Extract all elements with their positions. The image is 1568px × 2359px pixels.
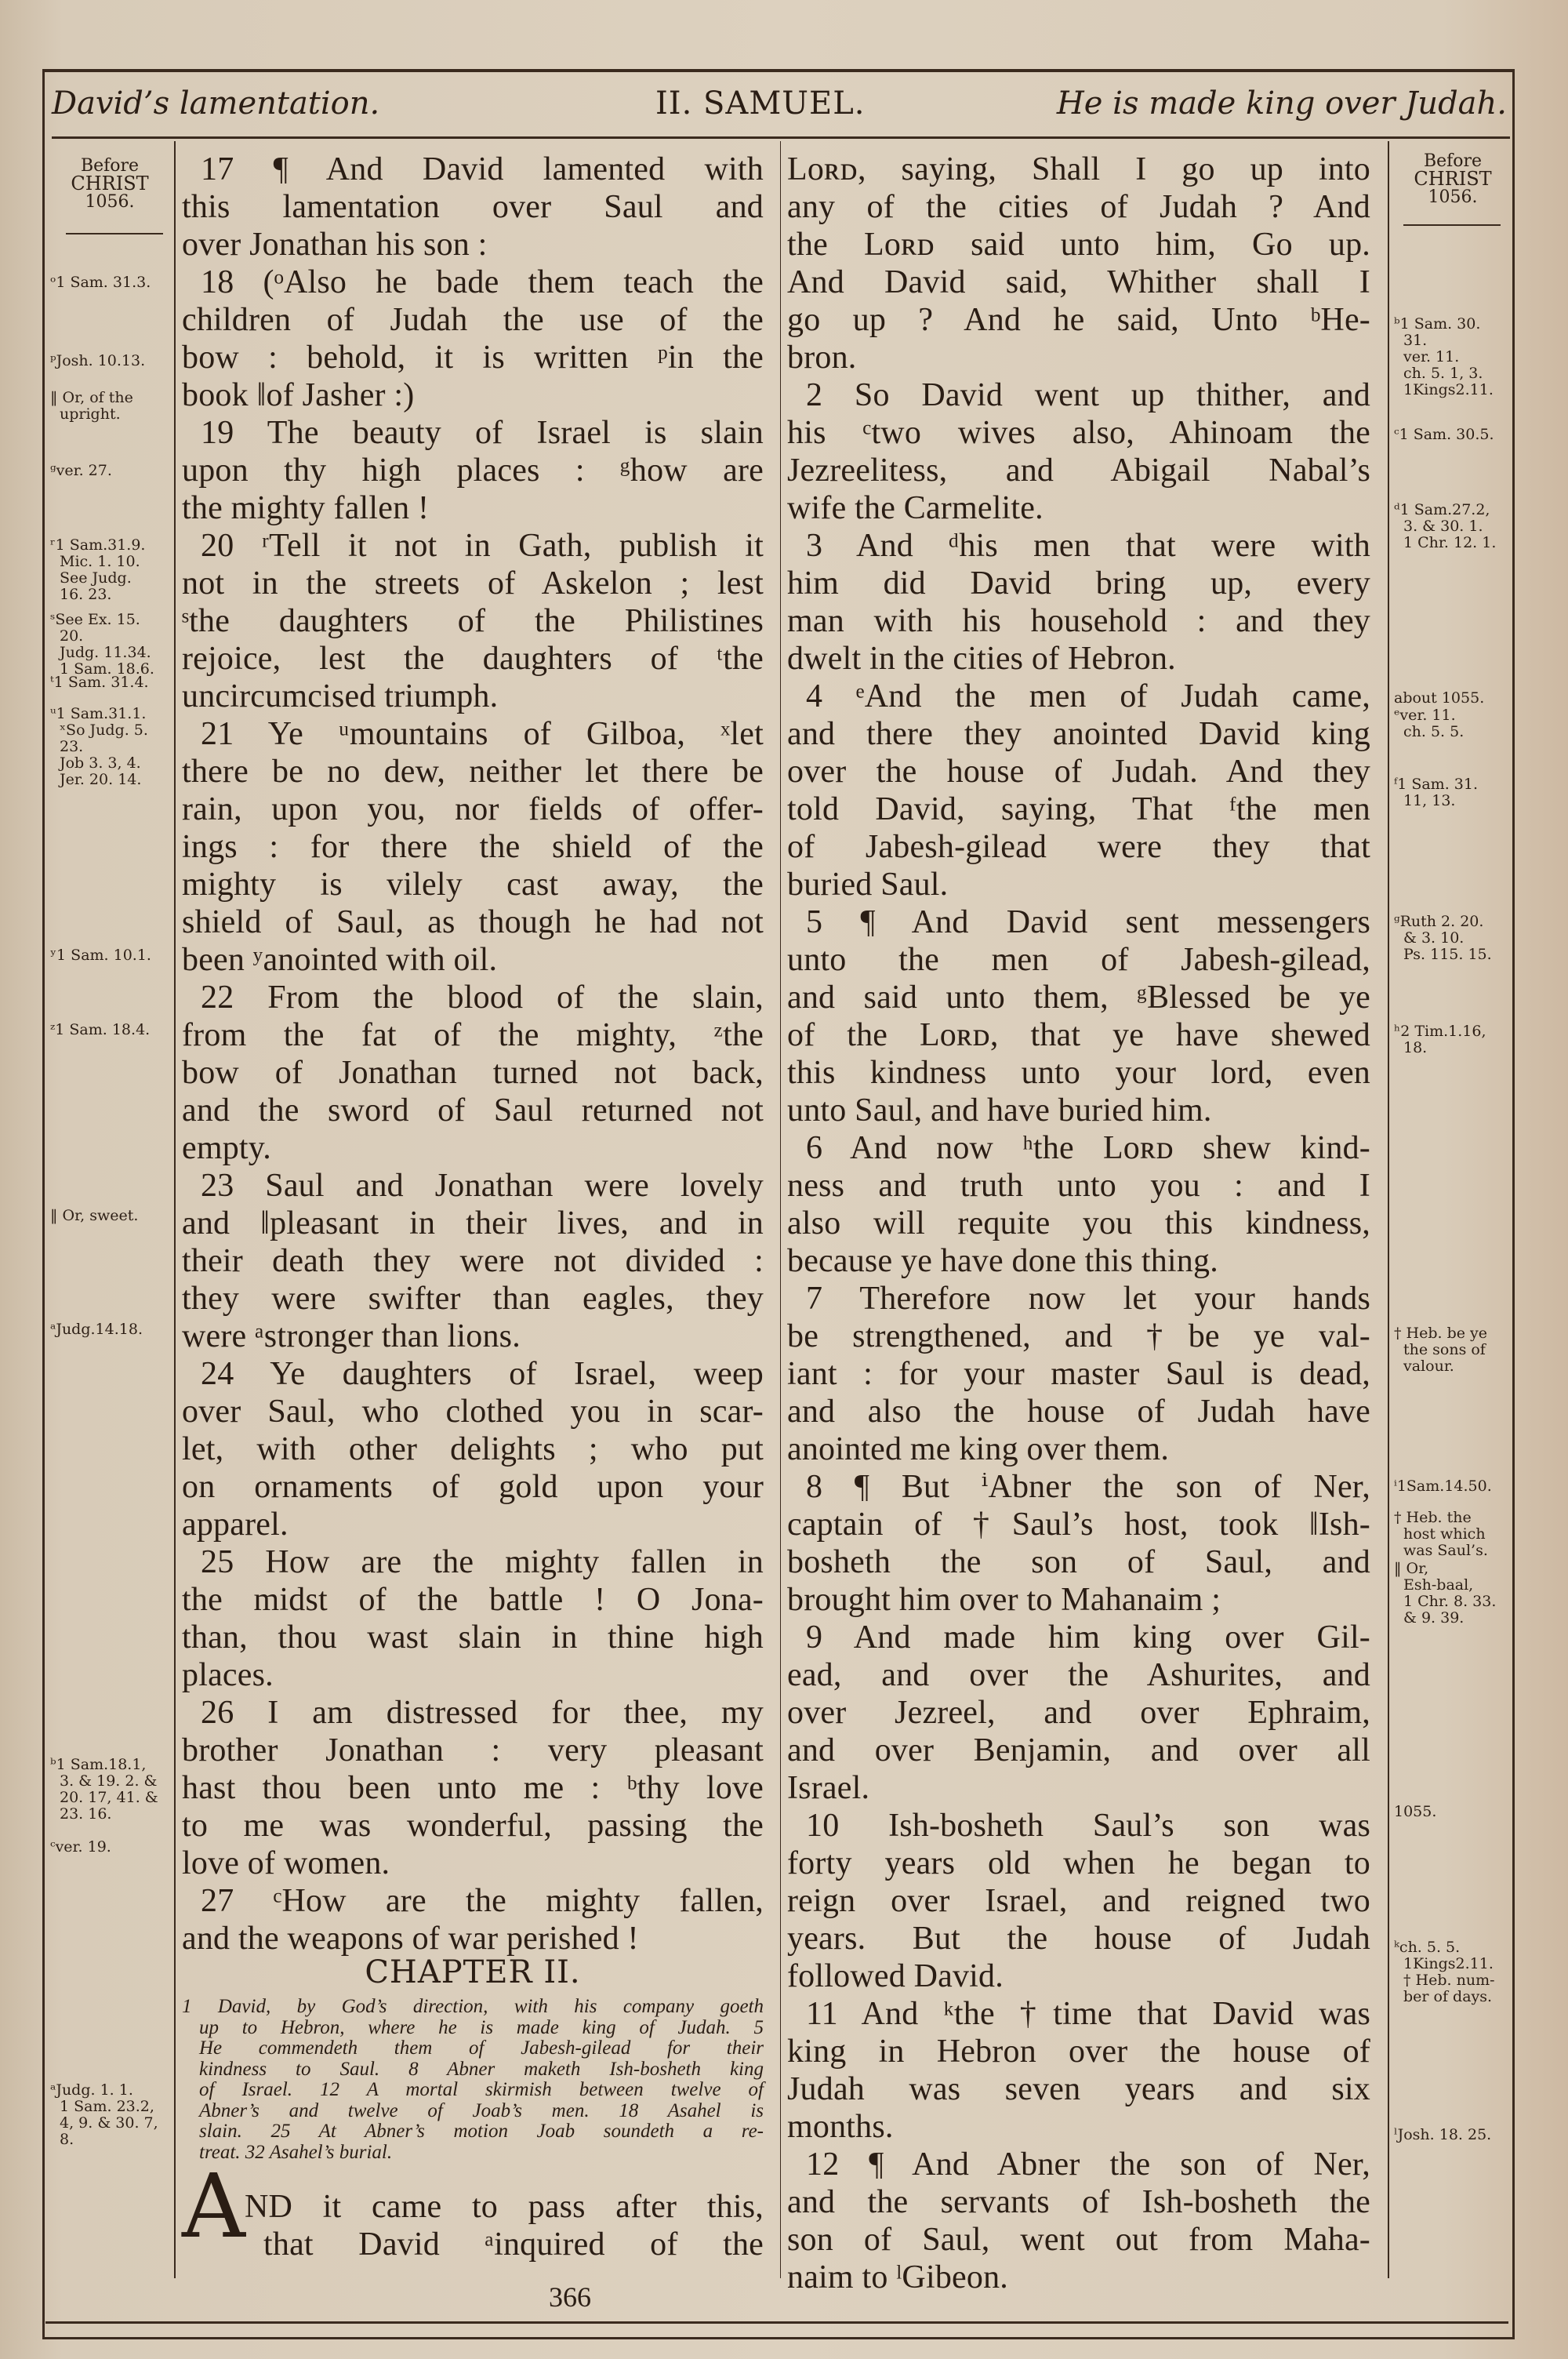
running-head-book-title: II. SAMUEL. <box>655 82 865 125</box>
date-year: 1056. <box>50 193 169 212</box>
margin-reference: ᵈ1 Sam.27.2,3. & 30. 1.1 Chr. 12. 1. <box>1394 502 1512 551</box>
text-line: and also the house of Judah have <box>787 1393 1370 1430</box>
center-column-rule <box>780 141 781 2278</box>
text-line: 9 And made him king over Gil- <box>787 1619 1370 1656</box>
margin-reference: ˡJosh. 18. 25. <box>1394 2127 1512 2143</box>
text-line: been ʸanointed with oil. <box>182 941 764 979</box>
text-line: love of women. <box>182 1845 764 1882</box>
text-line: upon thy high places : ᵍhow are <box>182 452 764 489</box>
reference-line: ‖ Or, sweet. <box>50 1208 169 1224</box>
text-line: 24 Ye daughters of Israel, weep <box>182 1355 764 1393</box>
reference-line: 3. & 19. 2. & <box>50 1773 169 1790</box>
reference-line: 4, 9. & 30. 7, <box>50 2115 169 2132</box>
reference-line: See Judg. <box>50 570 169 587</box>
reference-line: 1 Sam. 23.2, <box>50 2099 169 2115</box>
margin-reference: ᵍver. 27. <box>50 463 169 479</box>
reference-line: ᵗ1 Sam. 31.4. <box>50 674 169 691</box>
summary-line: up to Hebron, where he is made king of J… <box>182 2018 764 2038</box>
text-line: man with his household : and they <box>787 602 1370 640</box>
right-text-column: Lᴏʀᴅ, saying, Shall I go up intoany of t… <box>787 151 1370 2299</box>
margin-reference: ᵖJosh. 10.13. <box>50 353 169 369</box>
text-line: 26 I am distressed for thee, my <box>182 1694 764 1732</box>
reference-line: 1 Chr. 8. 33. <box>1394 1594 1512 1610</box>
text-line: him did David bring up, every <box>787 565 1370 602</box>
text-line: captain of †Saul’s host, took ‖Ish- <box>787 1506 1370 1543</box>
header-rule <box>52 136 1510 139</box>
text-line: mighty is vilely cast away, the <box>182 866 764 903</box>
reference-line: 3. & 30. 1. <box>1394 518 1512 535</box>
text-line: buried Saul. <box>787 866 1370 903</box>
text-line: of Jabesh-gilead were they that <box>787 828 1370 866</box>
text-line: and said unto them, ᵍBlessed be ye <box>787 979 1370 1016</box>
margin-reference: † Heb. thehost whichwas Saul’s. <box>1394 1510 1512 1559</box>
text-line: unto Saul, and have buried him. <box>787 1092 1370 1129</box>
text-line: empty. <box>182 1129 764 1167</box>
reference-line: Job 3. 3, 4. <box>50 755 169 772</box>
margin-reference: ᶻ1 Sam. 18.4. <box>50 1022 169 1038</box>
reference-line: host which <box>1394 1526 1512 1543</box>
summary-line: He commendeth them of Jabesh-gilead for … <box>182 2038 764 2059</box>
reference-line: 1Kings2.11. <box>1394 382 1512 398</box>
reference-line: ⁱ1Sam.14.50. <box>1394 1478 1512 1495</box>
reference-line: Esh-baal, <box>1394 1577 1512 1594</box>
text-line: king in Hebron over the house of <box>787 2033 1370 2070</box>
margin-reference: ᵘ1 Sam.31.1.ˣSo Judg. 5.23.Job 3. 3, 4.J… <box>50 706 169 788</box>
text-line: Israel. <box>787 1769 1370 1807</box>
text-line: bow : behold, it is written ᵖin the <box>182 339 764 376</box>
reference-line: † Heb. be ye <box>1394 1325 1512 1342</box>
text-line: the Lᴏʀᴅ said unto him, Go up. <box>787 226 1370 264</box>
reference-line: ᵍRuth 2. 20. <box>1394 914 1512 930</box>
reference-line: ᵈ1 Sam.27.2, <box>1394 502 1512 518</box>
text-line: the mighty fallen ! <box>182 489 764 527</box>
right-margin-rule <box>1388 141 1389 2278</box>
text-line: 23 Saul and Jonathan were lovely <box>182 1167 764 1205</box>
reference-line: 31. <box>1394 333 1512 349</box>
text-line: months. <box>787 2108 1370 2146</box>
reference-line: ᵏch. 5. 5. <box>1394 1939 1512 1956</box>
reference-line: ᵘ1 Sam.31.1. <box>50 706 169 722</box>
margin-reference: ‖ Or, of theupright. <box>50 390 169 423</box>
reference-line: ᵇ1 Sam.18.1, <box>50 1757 169 1773</box>
right-margin-references: Before CHRIST 1056. ᵇ1 Sam. 30.31.ver. 1… <box>1394 141 1512 2290</box>
text-line: and ‖pleasant in their lives, and in <box>182 1205 764 1242</box>
left-margin-rule <box>174 141 176 2278</box>
text-line: not in the streets of Askelon ; lest <box>182 565 764 602</box>
reference-line: ˣSo Judg. 5. <box>50 722 169 739</box>
text-line: 27 ᶜHow are the mighty fallen, <box>182 1882 764 1920</box>
reference-line: Jer. 20. 14. <box>50 772 169 788</box>
reference-line: ‖ Or, of the <box>50 390 169 406</box>
text-line: Judah was seven years and six <box>787 2070 1370 2108</box>
reference-line: 20. 17, 41. & <box>50 1790 169 1806</box>
text-line: 2 So David went up thither, and <box>787 376 1370 414</box>
text-line: and the sword of Saul returned not <box>182 1092 764 1129</box>
text-line: and there they anointed David king <box>787 715 1370 753</box>
reference-line: 18. <box>1394 1040 1512 1056</box>
reference-line: was Saul’s. <box>1394 1543 1512 1559</box>
text-line: 12 ¶ And Abner the son of Ner, <box>787 2146 1370 2183</box>
margin-reference: ᵇ1 Sam.18.1,3. & 19. 2. &20. 17, 41. &23… <box>50 1757 169 1823</box>
reference-line: ᵃJudg.14.18. <box>50 1321 169 1338</box>
text-line: shield of Saul, as though he had not <box>182 903 764 941</box>
date-rule <box>1403 224 1501 226</box>
reference-line: ᵍver. 27. <box>50 463 169 479</box>
reference-line: † Heb. num- <box>1394 1972 1512 1989</box>
reference-line: ‖ Or, <box>1394 1561 1512 1577</box>
reference-line: & 3. 10. <box>1394 930 1512 947</box>
opening-line-1: ND it came to pass after this, <box>245 2188 764 2226</box>
reference-line: Ps. 115. 15. <box>1394 947 1512 963</box>
text-line: over Saul, who clothed you in scar- <box>182 1393 764 1430</box>
reference-line: ᵃJudg. 1. 1. <box>50 2082 169 2099</box>
text-line: because ye have done this thing. <box>787 1242 1370 1280</box>
text-line: also will requite you this kindness, <box>787 1205 1370 1242</box>
reference-line: 20. <box>50 628 169 645</box>
reference-line: 16. 23. <box>50 587 169 603</box>
text-line: 3 And ᵈhis men that were with <box>787 527 1370 565</box>
text-line: they were swifter than eagles, they <box>182 1280 764 1318</box>
text-line: uncircumcised triumph. <box>182 678 764 715</box>
text-line: years. But the house of Judah <box>787 1920 1370 1957</box>
text-line: followed David. <box>787 1957 1370 1995</box>
text-line: bosheth the son of Saul, and <box>787 1543 1370 1581</box>
text-line: rejoice, lest the daughters of ᵗthe <box>182 640 764 678</box>
text-line: be strengthened, and †be ye val- <box>787 1318 1370 1355</box>
reference-line: 8. <box>50 2132 169 2148</box>
margin-reference: ᵍRuth 2. 20.& 3. 10.Ps. 115. 15. <box>1394 914 1512 963</box>
summary-line: slain. 25 At Abner’s motion Joab soundet… <box>182 2121 764 2142</box>
reference-line: ˡJosh. 18. 25. <box>1394 2127 1512 2143</box>
reference-line: ᶜ1 Sam. 30.5. <box>1394 427 1512 443</box>
text-line: hast thou been unto me : ᵇthy love <box>182 1769 764 1807</box>
margin-reference: ᶜver. 19. <box>50 1839 169 1856</box>
text-line: children of Judah the use of the <box>182 301 764 339</box>
text-line: wife the Carmelite. <box>787 489 1370 527</box>
text-line: rain, upon you, nor fields of offer- <box>182 791 764 828</box>
margin-reference: ᵉver. 11.ch. 5. 5. <box>1394 707 1512 740</box>
text-line: let, with other delights ; who put <box>182 1430 764 1468</box>
date-christ: CHRIST <box>1394 169 1512 188</box>
reference-line: ᶠ1 Sam. 31. <box>1394 776 1512 793</box>
text-line: over Jezreel, and over Ephraim, <box>787 1694 1370 1732</box>
drop-cap: A <box>182 2168 245 2246</box>
text-line: 25 How are the mighty fallen in <box>182 1543 764 1581</box>
reference-line: about 1055. <box>1394 690 1512 707</box>
margin-reference: † Heb. be yethe sons ofvalour. <box>1394 1325 1512 1375</box>
margin-reference: ʳ1 Sam.31.9.Mic. 1. 10.See Judg.16. 23. <box>50 537 169 603</box>
text-line: on ornaments of gold upon your <box>182 1468 764 1506</box>
text-line: 21 Ye ᵘmountains of Gilboa, ˣlet <box>182 715 764 753</box>
text-line: 19 The beauty of Israel is slain <box>182 414 764 452</box>
opening-line-2: that David ᵃinquired of the <box>263 2226 764 2263</box>
margin-reference: ʸ1 Sam. 10.1. <box>50 947 169 964</box>
chapter-title: CHAPTER II. <box>182 1954 764 1990</box>
summary-line: Abner’s and twelve of Joab’s men. 18 Asa… <box>182 2101 764 2121</box>
text-line: ings : for there the shield of the <box>182 828 764 866</box>
reference-line: ch. 5. 1, 3. <box>1394 365 1512 382</box>
text-line: 5 ¶ And David sent messengers <box>787 903 1370 941</box>
summary-line: kindness to Saul. 8 Abner maketh Ish-bos… <box>182 2059 764 2080</box>
reference-line: ʰ2 Tim.1.16, <box>1394 1023 1512 1040</box>
margin-reference: ᵒ1 Sam. 31.3. <box>50 274 169 291</box>
text-line: this lamentation over Saul and <box>182 188 764 226</box>
text-line: dwelt in the cities of Hebron. <box>787 640 1370 678</box>
left-margin-references: Before CHRIST 1056. ᵒ1 Sam. 31.3.ᵖJosh. … <box>50 141 169 2290</box>
text-line: the midst of the battle ! O Jona- <box>182 1581 764 1619</box>
text-line: from the fat of the mighty, ᶻthe <box>182 1016 764 1054</box>
text-line: reign over Israel, and reigned two <box>787 1882 1370 1920</box>
text-line: and the servants of Ish-bosheth the <box>787 2183 1370 2221</box>
text-line: anointed me king over them. <box>787 1430 1370 1468</box>
text-line: 11 And ᵏthe †time that David was <box>787 1995 1370 2033</box>
text-line: over Jonathan his son : <box>182 226 764 264</box>
margin-reference: ᵏch. 5. 5.1Kings2.11.† Heb. num-ber of d… <box>1394 1939 1512 2005</box>
text-line: bron. <box>787 339 1370 376</box>
page-number: 366 <box>549 2281 591 2314</box>
date-year: 1056. <box>1394 188 1512 207</box>
margin-reference: ⁱ1Sam.14.50. <box>1394 1478 1512 1495</box>
text-line: iant : for your master Saul is dead, <box>787 1355 1370 1393</box>
text-line: over the house of Judah. And they <box>787 753 1370 791</box>
text-line: 4 ᵉAnd the men of Judah came, <box>787 678 1370 715</box>
text-line: go up ? And he said, Unto ᵇHe- <box>787 301 1370 339</box>
text-line: 20 ʳTell it not in Gath, publish it <box>182 527 764 565</box>
bible-page: David’s lamentation. II. SAMUEL. He is m… <box>0 0 1568 2359</box>
reference-line: ˢSee Ex. 15. <box>50 612 169 628</box>
margin-reference: ‖ Or, sweet. <box>50 1208 169 1224</box>
margin-reference: ᵃJudg.14.18. <box>50 1321 169 1338</box>
text-line: told David, saying, That ᶠthe men <box>787 791 1370 828</box>
text-line: this kindness unto your lord, even <box>787 1054 1370 1092</box>
text-line: And David said, Whither shall I <box>787 264 1370 301</box>
reference-line: ᵇ1 Sam. 30. <box>1394 316 1512 333</box>
margin-reference: ‖ Or,Esh-baal,1 Chr. 8. 33.& 9. 39. <box>1394 1561 1512 1627</box>
reference-line: 1055. <box>1394 1804 1512 1820</box>
text-line: 6 And now ʰthe Lᴏʀᴅ shew kind- <box>787 1129 1370 1167</box>
reference-line: valour. <box>1394 1358 1512 1375</box>
text-line: and the weapons of war perished ! <box>182 1920 764 1957</box>
bottom-rule <box>45 2321 1508 2324</box>
summary-line: 1 David, by God’s direction, with his co… <box>182 1997 764 2017</box>
text-line: book ‖of Jasher :) <box>182 376 764 414</box>
reference-line: ᵖJosh. 10.13. <box>50 353 169 369</box>
date-rule <box>66 233 163 234</box>
reference-line: † Heb. the <box>1394 1510 1512 1526</box>
reference-line: ᶻ1 Sam. 18.4. <box>50 1022 169 1038</box>
text-line: there be no dew, neither let there be <box>182 753 764 791</box>
text-line: bow of Jonathan turned not back, <box>182 1054 764 1092</box>
text-line: of the Lᴏʀᴅ, that ye have shewed <box>787 1016 1370 1054</box>
reference-line: Mic. 1. 10. <box>50 554 169 570</box>
text-line: than, thou wast slain in thine high <box>182 1619 764 1656</box>
reference-line: ch. 5. 5. <box>1394 724 1512 740</box>
text-line: 10 Ish-bosheth Saul’s son was <box>787 1807 1370 1845</box>
reference-line: & 9. 39. <box>1394 1610 1512 1627</box>
reference-line: ᶜver. 19. <box>50 1839 169 1856</box>
margin-reference: 1055. <box>1394 1804 1512 1820</box>
text-line: Jezreelitess, and Abigail Nabal’s <box>787 452 1370 489</box>
text-line: and over Benjamin, and over all <box>787 1732 1370 1769</box>
margin-reference: ᶠ1 Sam. 31.11, 13. <box>1394 776 1512 809</box>
reference-line: ᵉver. 11. <box>1394 707 1512 724</box>
reference-line: Judg. 11.34. <box>50 645 169 661</box>
reference-line: ʳ1 Sam.31.9. <box>50 537 169 554</box>
text-line: 8 ¶ But ⁱAbner the son of Ner, <box>787 1468 1370 1506</box>
summary-line: treat. 32 Asahel’s burial. <box>182 2143 764 2163</box>
summary-line: of Israel. 12 A mortal skirmish between … <box>182 2080 764 2100</box>
date-christ: CHRIST <box>50 174 169 193</box>
reference-line: ᵒ1 Sam. 31.3. <box>50 274 169 291</box>
margin-reference: ᵗ1 Sam. 31.4. <box>50 674 169 691</box>
text-line: were ᵃstronger than lions. <box>182 1318 764 1355</box>
text-line: places. <box>182 1656 764 1694</box>
left-text-column: 17 ¶ And David lamented withthis lamenta… <box>182 151 764 2299</box>
reference-line: upright. <box>50 406 169 423</box>
reference-line: 11, 13. <box>1394 793 1512 809</box>
text-line: brother Jonathan : very pleasant <box>182 1732 764 1769</box>
text-line: unto the men of Jabesh-gilead, <box>787 941 1370 979</box>
text-line: his ᶜtwo wives also, Ahinoam the <box>787 414 1370 452</box>
running-head-right: He is made king over Judah. <box>1057 82 1507 125</box>
text-line: ead, and over the Ashurites, and <box>787 1656 1370 1694</box>
text-line: naim to ˡGibeon. <box>787 2259 1370 2296</box>
text-line: 17 ¶ And David lamented with <box>182 151 764 188</box>
reference-line: 1Kings2.11. <box>1394 1956 1512 1972</box>
text-line: brought him over to Mahanaim ; <box>787 1581 1370 1619</box>
margin-reference: ᵇ1 Sam. 30.31.ver. 11.ch. 5. 1, 3.1Kings… <box>1394 316 1512 398</box>
text-line: any of the cities of Judah ? And <box>787 188 1370 226</box>
text-line: ˢthe daughters of the Philistines <box>182 602 764 640</box>
reference-line: 23. 16. <box>50 1806 169 1823</box>
text-line: Lᴏʀᴅ, saying, Shall I go up into <box>787 151 1370 188</box>
text-line: 18 (ᵒAlso he bade them teach the <box>182 264 764 301</box>
reference-line: 1 Chr. 12. 1. <box>1394 535 1512 551</box>
text-line: 22 From the blood of the slain, <box>182 979 764 1016</box>
text-line: their death they were not divided : <box>182 1242 764 1280</box>
margin-reference: ˢSee Ex. 15.20.Judg. 11.34.1 Sam. 18.6. <box>50 612 169 678</box>
margin-reference: about 1055. <box>1394 690 1512 707</box>
text-line: 7 Therefore now let your hands <box>787 1280 1370 1318</box>
margin-reference: ᶜ1 Sam. 30.5. <box>1394 427 1512 443</box>
running-head-left: David’s lamentation. <box>52 82 379 125</box>
text-line: forty years old when he began to <box>787 1845 1370 1882</box>
text-line: ness and truth unto you : and I <box>787 1167 1370 1205</box>
reference-line: the sons of <box>1394 1342 1512 1358</box>
text-line: to me was wonderful, passing the <box>182 1807 764 1845</box>
reference-line: ʸ1 Sam. 10.1. <box>50 947 169 964</box>
margin-reference: ʰ2 Tim.1.16,18. <box>1394 1023 1512 1056</box>
text-line: son of Saul, went out from Maha- <box>787 2221 1370 2259</box>
text-line: apparel. <box>182 1506 764 1543</box>
margin-reference: ᵃJudg. 1. 1.1 Sam. 23.2,4, 9. & 30. 7,8. <box>50 2082 169 2148</box>
reference-line: 23. <box>50 739 169 755</box>
reference-line: ver. 11. <box>1394 349 1512 365</box>
reference-line: ber of days. <box>1394 1989 1512 2005</box>
